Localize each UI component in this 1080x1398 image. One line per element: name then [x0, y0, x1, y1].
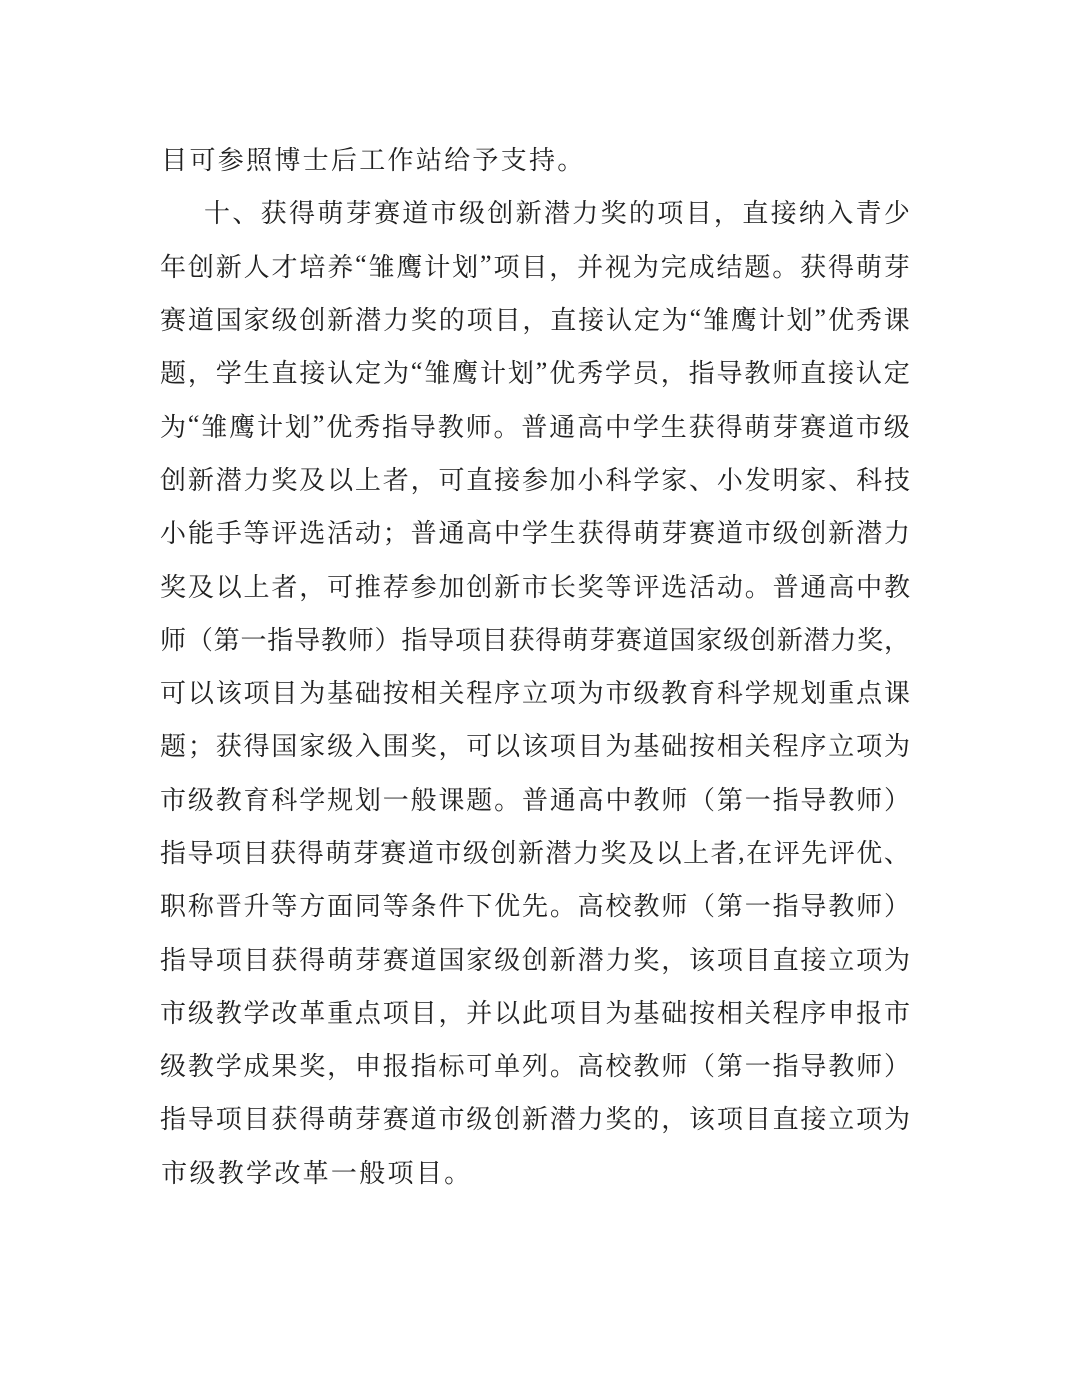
text-line: 指导项目获得萌芽赛道市级创新潜力奖的，该项目直接立项为	[160, 1091, 910, 1144]
text-line: 题；获得国家级入围奖，可以该项目为基础按相关程序立项为	[160, 718, 910, 771]
text-line: 十、获得萌芽赛道市级创新潜力奖的项目，直接纳入青少	[204, 185, 910, 238]
text-line: 奖及以上者，可推荐参加创新市长奖等评选活动。普通高中教	[160, 558, 910, 611]
text-line: 创新潜力奖及以上者，可直接参加小科学家、小发明家、科技	[160, 452, 910, 505]
text-line: 市级教育科学规划一般课题。普通高中教师（第一指导教师）	[160, 772, 910, 825]
text-line: 级教学成果奖，申报指标可单列。高校教师（第一指导教师）	[160, 1038, 910, 1091]
document-page: 目可参照博士后工作站给予支持。十、获得萌芽赛道市级创新潜力奖的项目，直接纳入青少…	[0, 0, 1080, 1398]
text-line: 赛道国家级创新潜力奖的项目，直接认定为“雏鹰计划”优秀课	[160, 292, 910, 345]
document-body: 目可参照博士后工作站给予支持。十、获得萌芽赛道市级创新潜力奖的项目，直接纳入青少…	[160, 132, 910, 1198]
text-line: 题，学生直接认定为“雏鹰计划”优秀学员，指导教师直接认定	[160, 345, 910, 398]
text-line: 指导项目获得萌芽赛道市级创新潜力奖及以上者,在评先评优、	[160, 825, 910, 878]
text-line: 目可参照博士后工作站给予支持。	[160, 132, 910, 185]
text-line: 小能手等评选活动；普通高中学生获得萌芽赛道市级创新潜力	[160, 505, 910, 558]
text-line: 师（第一指导教师）指导项目获得萌芽赛道国家级创新潜力奖，	[160, 612, 910, 665]
text-line: 可以该项目为基础按相关程序立项为市级教育科学规划重点课	[160, 665, 910, 718]
text-line: 年创新人才培养“雏鹰计划”项目，并视为完成结题。获得萌芽	[160, 239, 910, 292]
text-line: 市级教学改革一般项目。	[160, 1145, 910, 1198]
text-line: 指导项目获得萌芽赛道国家级创新潜力奖，该项目直接立项为	[160, 931, 910, 984]
text-line: 为“雏鹰计划”优秀指导教师。普通高中学生获得萌芽赛道市级	[160, 398, 910, 451]
text-line: 职称晋升等方面同等条件下优先。高校教师（第一指导教师）	[160, 878, 910, 931]
text-line: 市级教学改革重点项目，并以此项目为基础按相关程序申报市	[160, 985, 910, 1038]
